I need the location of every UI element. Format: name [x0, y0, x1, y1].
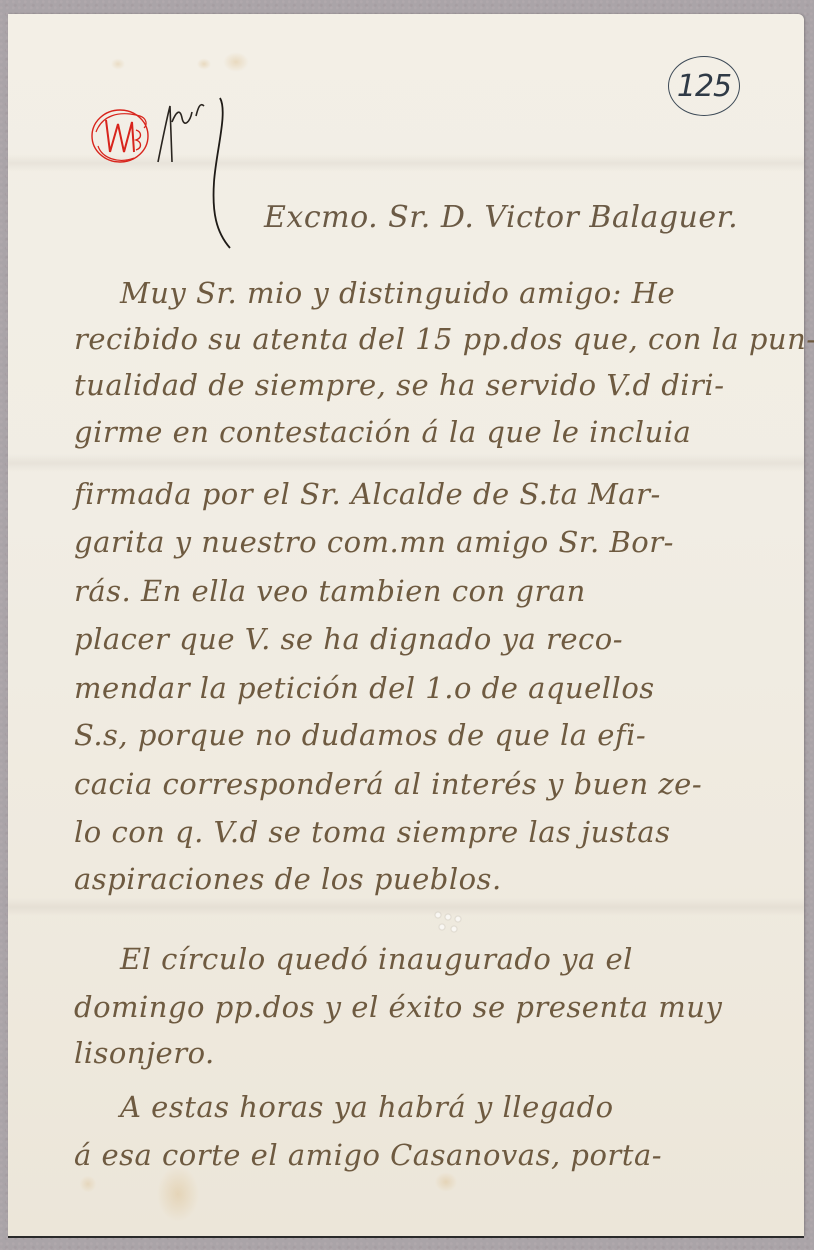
body-line: El círculo quedó inaugurado ya el: [120, 942, 633, 976]
paper-fold: [8, 454, 804, 472]
body-line: garita y nuestro com.mn amigo Sr. Bor-: [74, 525, 674, 559]
body-line: rás. En ella veo tambien con gran: [74, 574, 586, 608]
body-line: lisonjero.: [74, 1036, 215, 1070]
body-line: S.s, porque no dudamos de que la efi-: [74, 718, 646, 752]
recipient-address: Excmo. Sr. D. Victor Balaguer.: [264, 200, 738, 235]
red-monogram-seal: [88, 102, 152, 168]
embossed-blind-stamp: [428, 909, 468, 935]
body-line: tualidad de siempre, se ha servido V.d d…: [74, 368, 725, 402]
body-line: firmada por el Sr. Alcalde de S.ta Mar-: [74, 477, 661, 511]
letter-page: 125 Excmo. Sr. D. Victor Balaguer. Muy S…: [8, 14, 804, 1236]
body-line: aspiraciones de los pueblos.: [74, 862, 502, 896]
body-line: A estas horas ya habrá y llegado: [120, 1090, 614, 1124]
body-line: lo con q. V.d se toma siempre las justas: [74, 815, 670, 849]
body-line: placer que V. se ha dignado ya reco-: [74, 622, 623, 656]
body-line: mendar la petición del 1.o de aquellos: [74, 671, 655, 705]
margin-annotation-nula: [156, 92, 236, 252]
paper-fold: [8, 898, 804, 916]
body-line: domingo pp.dos y el éxito se presenta mu…: [74, 990, 722, 1024]
body-line: á esa corte el amigo Casanovas, porta-: [74, 1138, 662, 1172]
monogram-flourish-icon: [88, 102, 152, 168]
body-line: cacia corresponderá al interés y buen ze…: [74, 767, 702, 801]
body-line: girme en contestación á la que le inclui…: [74, 415, 691, 449]
archive-page-number: 125: [668, 56, 740, 116]
body-line: recibido su atenta del 15 pp.dos que, co…: [74, 322, 814, 356]
body-line: Muy Sr. mio y distinguido amigo: He: [120, 276, 675, 310]
